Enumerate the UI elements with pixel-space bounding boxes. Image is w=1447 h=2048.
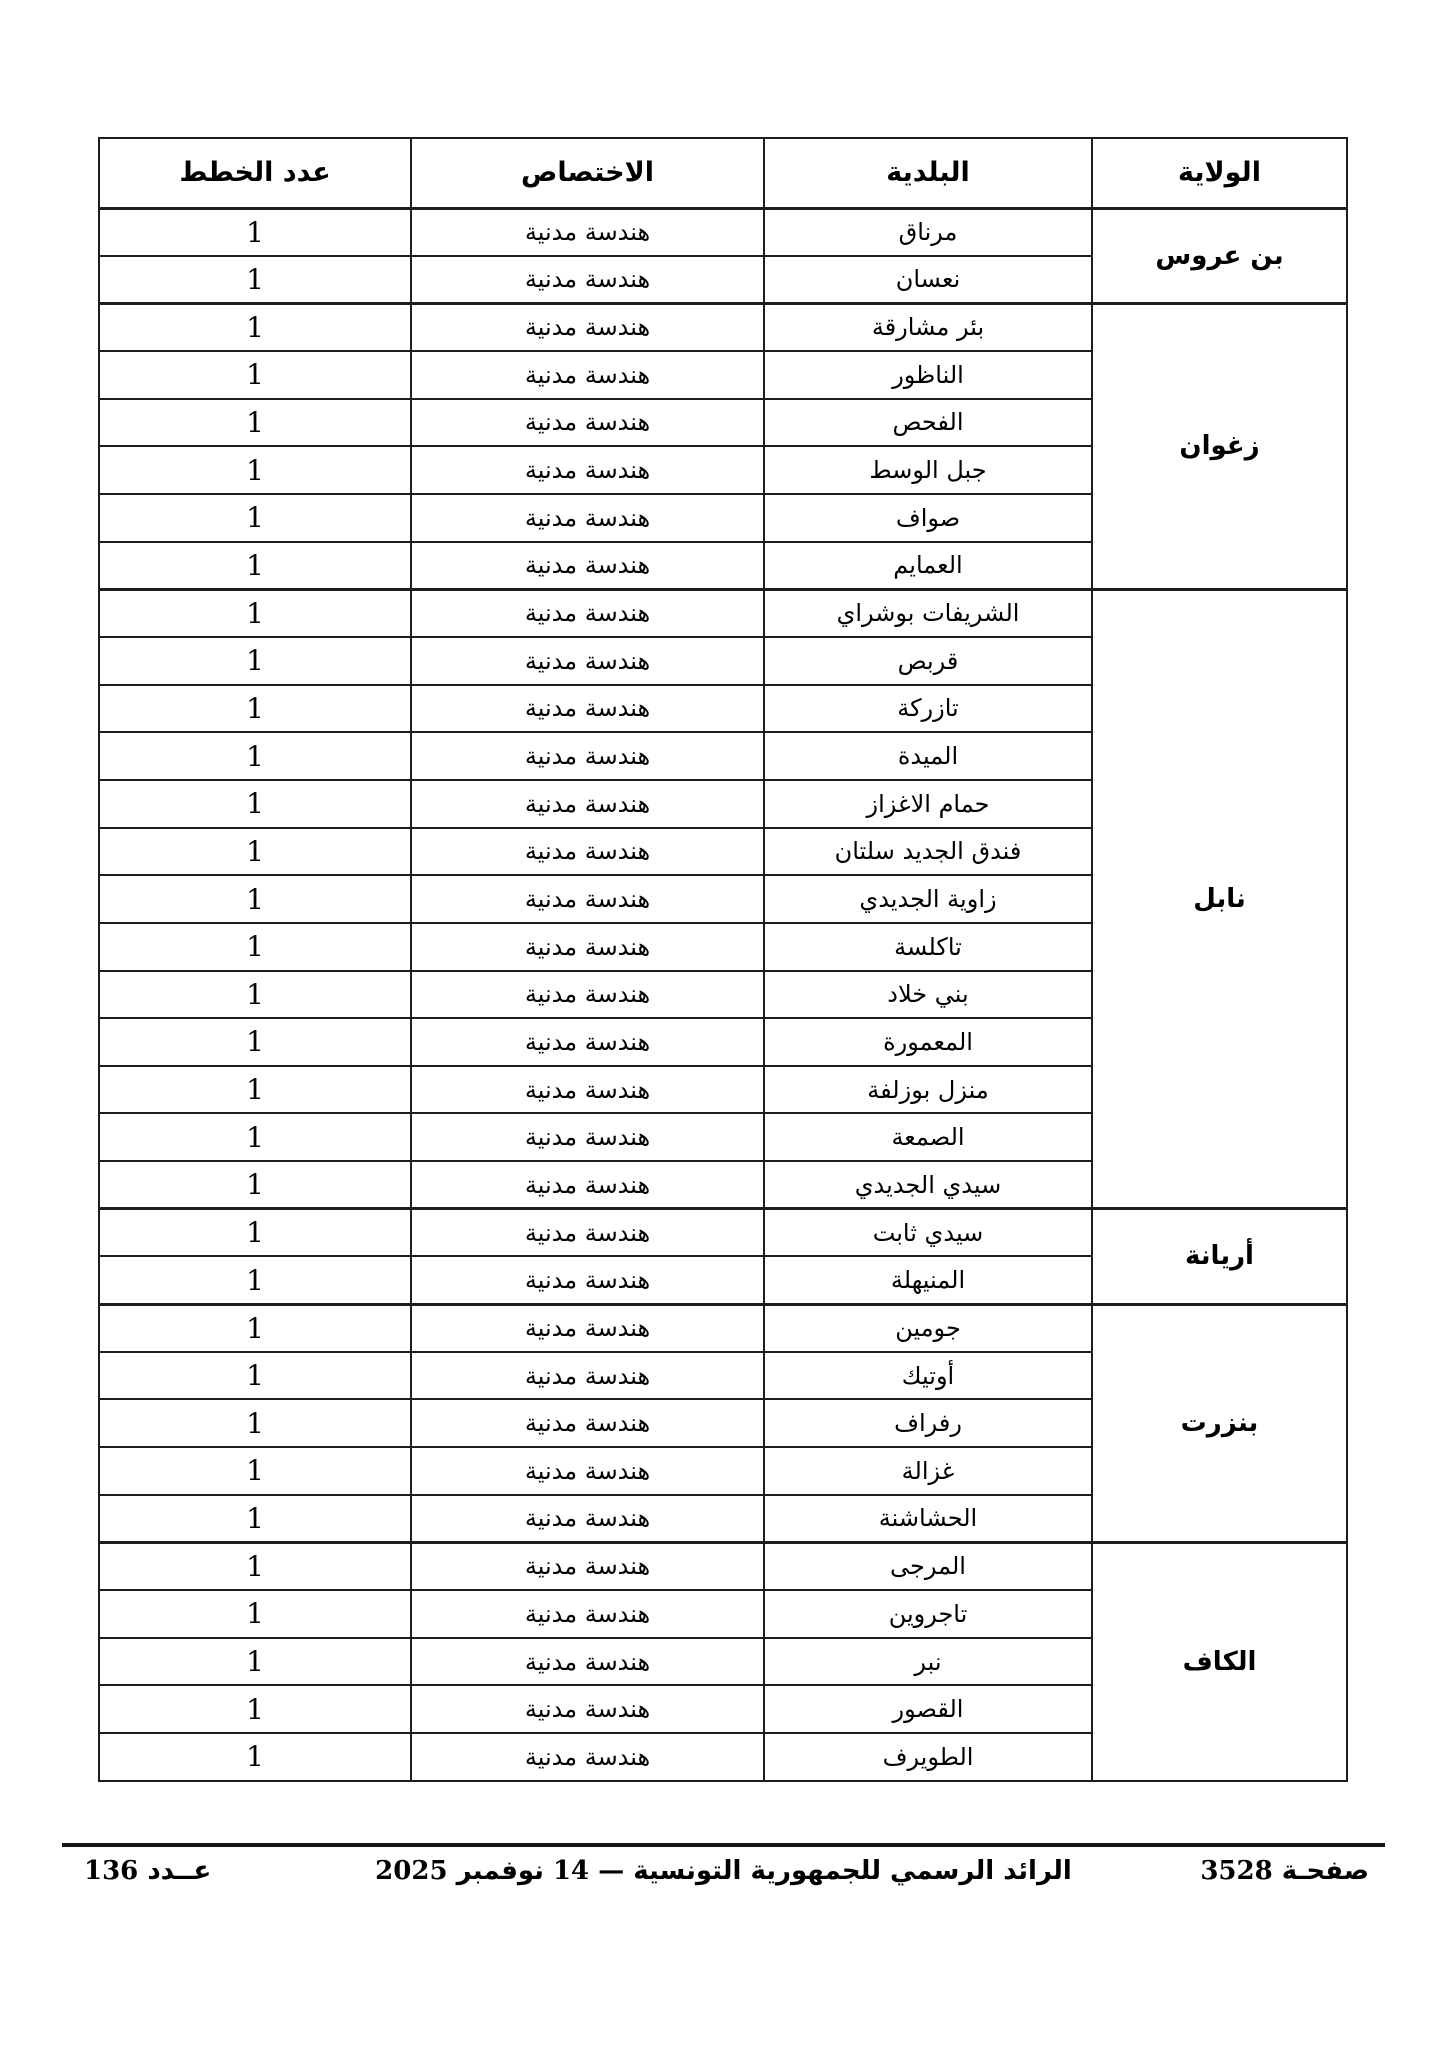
count-cell: 1 bbox=[99, 1733, 411, 1781]
wilaya-cell: بنزرت bbox=[1092, 1304, 1347, 1542]
municipality-cell: منزل بوزلفة bbox=[764, 1066, 1092, 1114]
specialty-cell: هندسة مدنية bbox=[411, 971, 764, 1019]
municipality-cell: حمام الاغزاز bbox=[764, 780, 1092, 828]
municipality-cell: تاكلسة bbox=[764, 923, 1092, 971]
count-cell: 1 bbox=[99, 208, 411, 256]
municipality-cell: الطويرف bbox=[764, 1733, 1092, 1781]
table-row: زغوانبئر مشارقةهندسة مدنية1 bbox=[99, 303, 1347, 351]
table-row: بن عروسمرناقهندسة مدنية1 bbox=[99, 208, 1347, 256]
municipality-cell: جبل الوسط bbox=[764, 446, 1092, 494]
specialty-cell: هندسة مدنية bbox=[411, 780, 764, 828]
specialty-cell: هندسة مدنية bbox=[411, 1590, 764, 1638]
specialty-cell: هندسة مدنية bbox=[411, 1256, 764, 1304]
municipality-cell: زاوية الجديدي bbox=[764, 875, 1092, 923]
wilaya-cell: نابل bbox=[1092, 589, 1347, 1209]
municipality-cell: القصور bbox=[764, 1685, 1092, 1733]
municipality-cell: تازركة bbox=[764, 685, 1092, 733]
count-cell: 1 bbox=[99, 1399, 411, 1447]
count-cell: 1 bbox=[99, 637, 411, 685]
count-cell: 1 bbox=[99, 1638, 411, 1686]
count-cell: 1 bbox=[99, 1352, 411, 1400]
count-cell: 1 bbox=[99, 971, 411, 1019]
col-header-municipality: البلدية bbox=[764, 138, 1092, 208]
specialty-cell: هندسة مدنية bbox=[411, 1542, 764, 1590]
table-header-row: الولاية البلدية الاختصاص عدد الخطط bbox=[99, 138, 1347, 208]
positions-table: الولاية البلدية الاختصاص عدد الخطط بن عر… bbox=[98, 137, 1348, 1782]
table-row: أريانةسيدي ثابتهندسة مدنية1 bbox=[99, 1209, 1347, 1257]
footer-issue-number: عــدد 136 bbox=[84, 1856, 211, 1886]
count-cell: 1 bbox=[99, 494, 411, 542]
municipality-cell: أوتيك bbox=[764, 1352, 1092, 1400]
gazette-page: الولاية البلدية الاختصاص عدد الخطط بن عر… bbox=[0, 0, 1447, 2048]
count-cell: 1 bbox=[99, 1495, 411, 1543]
specialty-cell: هندسة مدنية bbox=[411, 1018, 764, 1066]
municipality-cell: الحشاشنة bbox=[764, 1495, 1092, 1543]
count-cell: 1 bbox=[99, 780, 411, 828]
count-cell: 1 bbox=[99, 1209, 411, 1257]
count-cell: 1 bbox=[99, 1161, 411, 1209]
count-cell: 1 bbox=[99, 542, 411, 590]
municipality-cell: المرجى bbox=[764, 1542, 1092, 1590]
municipality-cell: الفحص bbox=[764, 399, 1092, 447]
count-cell: 1 bbox=[99, 1113, 411, 1161]
specialty-cell: هندسة مدنية bbox=[411, 1209, 764, 1257]
count-cell: 1 bbox=[99, 351, 411, 399]
municipality-cell: نعسان bbox=[764, 256, 1092, 304]
footer-divider-rule bbox=[62, 1843, 1385, 1847]
wilaya-cell: الكاف bbox=[1092, 1542, 1347, 1780]
wilaya-cell: زغوان bbox=[1092, 303, 1347, 589]
table-row: الكافالمرجىهندسة مدنية1 bbox=[99, 1542, 1347, 1590]
count-cell: 1 bbox=[99, 1447, 411, 1495]
specialty-cell: هندسة مدنية bbox=[411, 303, 764, 351]
footer-journal-title: الرائد الرسمي للجمهورية التونسية — 14 نو… bbox=[0, 1856, 1447, 1886]
municipality-cell: الناظور bbox=[764, 351, 1092, 399]
municipality-cell: فندق الجديد سلتان bbox=[764, 828, 1092, 876]
specialty-cell: هندسة مدنية bbox=[411, 1495, 764, 1543]
specialty-cell: هندسة مدنية bbox=[411, 589, 764, 637]
count-cell: 1 bbox=[99, 399, 411, 447]
page-footer: صفحـة 3528 الرائد الرسمي للجمهورية التون… bbox=[0, 1856, 1447, 1896]
municipality-cell: الميدة bbox=[764, 732, 1092, 780]
count-cell: 1 bbox=[99, 828, 411, 876]
specialty-cell: هندسة مدنية bbox=[411, 208, 764, 256]
specialty-cell: هندسة مدنية bbox=[411, 828, 764, 876]
municipality-cell: المنيهلة bbox=[764, 1256, 1092, 1304]
count-cell: 1 bbox=[99, 923, 411, 971]
wilaya-cell: بن عروس bbox=[1092, 208, 1347, 303]
specialty-cell: هندسة مدنية bbox=[411, 1638, 764, 1686]
municipality-cell: رفراف bbox=[764, 1399, 1092, 1447]
wilaya-cell: أريانة bbox=[1092, 1209, 1347, 1304]
specialty-cell: هندسة مدنية bbox=[411, 399, 764, 447]
col-header-count: عدد الخطط bbox=[99, 138, 411, 208]
count-cell: 1 bbox=[99, 1256, 411, 1304]
count-cell: 1 bbox=[99, 1066, 411, 1114]
municipality-cell: قربص bbox=[764, 637, 1092, 685]
municipality-cell: العمايم bbox=[764, 542, 1092, 590]
municipality-cell: بئر مشارقة bbox=[764, 303, 1092, 351]
specialty-cell: هندسة مدنية bbox=[411, 1447, 764, 1495]
municipality-cell: المعمورة bbox=[764, 1018, 1092, 1066]
municipality-cell: الشريفات بوشراي bbox=[764, 589, 1092, 637]
municipality-cell: الصمعة bbox=[764, 1113, 1092, 1161]
count-cell: 1 bbox=[99, 1590, 411, 1638]
count-cell: 1 bbox=[99, 1685, 411, 1733]
municipality-cell: سيدي الجديدي bbox=[764, 1161, 1092, 1209]
count-cell: 1 bbox=[99, 685, 411, 733]
col-header-specialty: الاختصاص bbox=[411, 138, 764, 208]
table-row: بنزرتجومينهندسة مدنية1 bbox=[99, 1304, 1347, 1352]
specialty-cell: هندسة مدنية bbox=[411, 351, 764, 399]
specialty-cell: هندسة مدنية bbox=[411, 256, 764, 304]
specialty-cell: هندسة مدنية bbox=[411, 446, 764, 494]
count-cell: 1 bbox=[99, 446, 411, 494]
count-cell: 1 bbox=[99, 589, 411, 637]
specialty-cell: هندسة مدنية bbox=[411, 1685, 764, 1733]
specialty-cell: هندسة مدنية bbox=[411, 1304, 764, 1352]
municipality-cell: صواف bbox=[764, 494, 1092, 542]
specialty-cell: هندسة مدنية bbox=[411, 494, 764, 542]
specialty-cell: هندسة مدنية bbox=[411, 875, 764, 923]
specialty-cell: هندسة مدنية bbox=[411, 1399, 764, 1447]
count-cell: 1 bbox=[99, 1304, 411, 1352]
specialty-cell: هندسة مدنية bbox=[411, 1352, 764, 1400]
specialty-cell: هندسة مدنية bbox=[411, 637, 764, 685]
municipality-cell: غزالة bbox=[764, 1447, 1092, 1495]
municipality-cell: مرناق bbox=[764, 208, 1092, 256]
count-cell: 1 bbox=[99, 732, 411, 780]
municipality-cell: بني خلاد bbox=[764, 971, 1092, 1019]
specialty-cell: هندسة مدنية bbox=[411, 732, 764, 780]
count-cell: 1 bbox=[99, 1542, 411, 1590]
specialty-cell: هندسة مدنية bbox=[411, 1733, 764, 1781]
count-cell: 1 bbox=[99, 303, 411, 351]
specialty-cell: هندسة مدنية bbox=[411, 1066, 764, 1114]
col-header-wilaya: الولاية bbox=[1092, 138, 1347, 208]
municipality-cell: تاجروين bbox=[764, 1590, 1092, 1638]
municipality-cell: سيدي ثابت bbox=[764, 1209, 1092, 1257]
specialty-cell: هندسة مدنية bbox=[411, 1113, 764, 1161]
specialty-cell: هندسة مدنية bbox=[411, 1161, 764, 1209]
count-cell: 1 bbox=[99, 1018, 411, 1066]
specialty-cell: هندسة مدنية bbox=[411, 923, 764, 971]
municipality-cell: جومين bbox=[764, 1304, 1092, 1352]
count-cell: 1 bbox=[99, 256, 411, 304]
count-cell: 1 bbox=[99, 875, 411, 923]
table-row: نابلالشريفات بوشرايهندسة مدنية1 bbox=[99, 589, 1347, 637]
specialty-cell: هندسة مدنية bbox=[411, 542, 764, 590]
specialty-cell: هندسة مدنية bbox=[411, 685, 764, 733]
municipality-cell: نبر bbox=[764, 1638, 1092, 1686]
